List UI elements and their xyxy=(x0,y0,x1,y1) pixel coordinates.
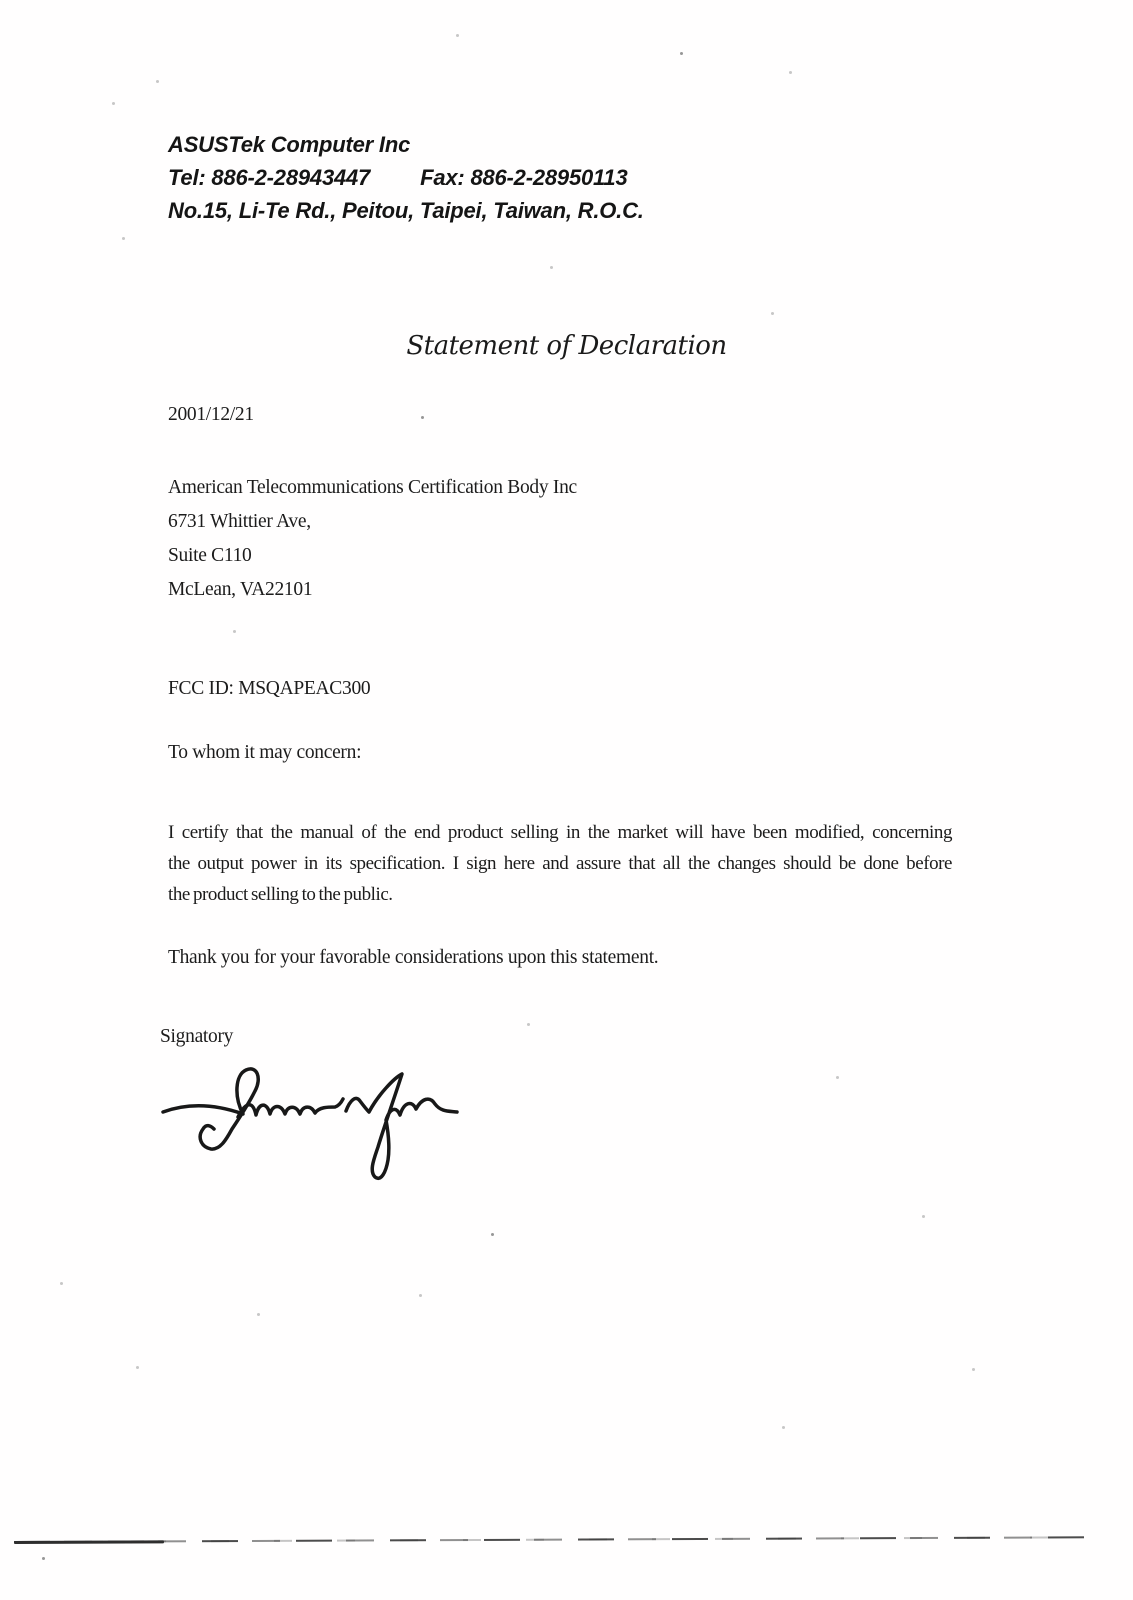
scan-speck xyxy=(836,1076,839,1079)
scan-speck xyxy=(60,1282,63,1285)
scan-speck xyxy=(550,266,553,269)
scan-speck xyxy=(456,34,459,37)
handwritten-signature-image xyxy=(150,1055,480,1190)
recipient-address: American Telecommunications Certificatio… xyxy=(168,471,577,607)
scan-speck xyxy=(42,1557,45,1560)
paragraph-line: the output power in its specification. I… xyxy=(168,848,952,879)
scan-speck xyxy=(421,416,424,419)
fcc-id-line: FCC ID: MSQAPEAC300 xyxy=(168,678,370,700)
page-bottom-scan-line xyxy=(14,1536,1092,1544)
body-paragraph: I certify that the manual of the end pro… xyxy=(168,817,952,910)
company-address: No.15, Li-Te Rd., Peitou, Taipei, Taiwan… xyxy=(168,194,644,227)
signature-stroke xyxy=(346,1074,457,1178)
scan-speck xyxy=(257,1313,260,1316)
date: 2001/12/21 xyxy=(168,404,254,426)
scan-speck xyxy=(789,71,792,74)
tel-number: Tel: 886-2-28943447 xyxy=(168,165,370,190)
document-title: Statement of Declaration xyxy=(0,331,1133,361)
scan-line-solid-segment xyxy=(14,1540,164,1544)
scan-speck xyxy=(233,630,236,633)
recipient-line: 6731 Whittier Ave, xyxy=(168,505,577,539)
scan-speck xyxy=(491,1233,494,1236)
scan-speck xyxy=(419,1294,422,1297)
scan-speck xyxy=(156,80,159,83)
signature-stroke xyxy=(238,1099,343,1117)
scan-speck xyxy=(680,52,683,55)
paragraph-line: the product selling to the public. xyxy=(168,879,952,910)
paragraph-line: I certify that the manual of the end pro… xyxy=(168,817,952,848)
scan-speck xyxy=(122,237,125,240)
company-name: ASUSTek Computer Inc xyxy=(168,128,644,161)
recipient-line: American Telecommunications Certificatio… xyxy=(168,471,577,505)
salutation: To whom it may concern: xyxy=(168,742,361,764)
scan-speck xyxy=(972,1368,975,1371)
letterhead: ASUSTek Computer Inc Tel: 886-2-28943447… xyxy=(168,128,644,227)
recipient-line: Suite C110 xyxy=(168,539,577,573)
scan-speck xyxy=(527,1023,530,1026)
fax-number: Fax: 886-2-28950113 xyxy=(420,165,627,190)
scan-speck xyxy=(136,1366,139,1369)
recipient-line: McLean, VA22101 xyxy=(168,573,577,607)
contact-line: Tel: 886-2-28943447Fax: 886-2-28950113 xyxy=(168,161,644,194)
scan-speck xyxy=(922,1215,925,1218)
scan-speck xyxy=(112,102,115,105)
scan-speck xyxy=(771,312,774,315)
signatory-label: Signatory xyxy=(160,1026,233,1048)
scanned-letter-page: ASUSTek Computer Inc Tel: 886-2-28943447… xyxy=(0,0,1133,1600)
scan-speck xyxy=(782,1426,785,1429)
closing-line: Thank you for your favorable considerati… xyxy=(168,947,658,969)
